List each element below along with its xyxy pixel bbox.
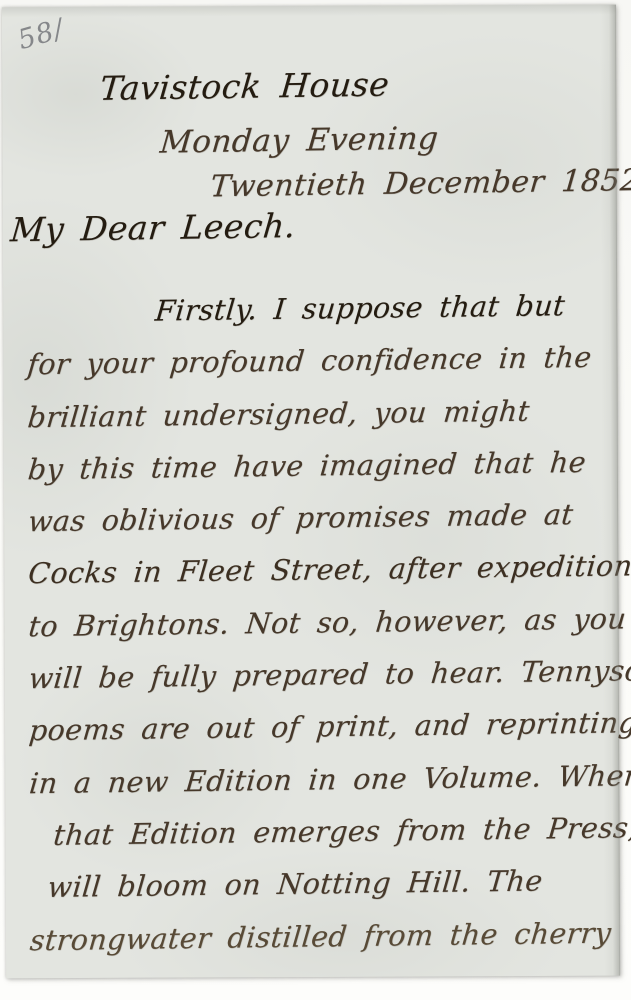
letter-body-line: that Edition emerges from the Press, it <box>27 803 608 863</box>
scan-background: 58/ Tavistock House Monday Evening Twent… <box>0 0 631 1000</box>
letter-body-line: Firstly. I suppose that but <box>25 280 606 340</box>
letter-body: Firstly. I suppose that butfor your prof… <box>27 285 606 967</box>
letter-body-line: will bloom on Notting Hill. The <box>27 855 608 915</box>
letter-page: 58/ Tavistock House Monday Evening Twent… <box>2 5 620 979</box>
folio-number: 58/ <box>15 13 68 56</box>
letter-body-line: Cocks in Fleet Street, after expeditions <box>26 541 607 601</box>
letter-body-line: by this time have imagined that he <box>25 437 606 497</box>
letter-body-line: strongwater distilled from the cherry <box>28 907 609 967</box>
letter-address: Tavistock House <box>98 65 391 108</box>
letter-date-line: Twentieth December 1852 <box>209 163 631 204</box>
letter-body-line: poems are out of print, and reprinting <box>27 698 608 758</box>
letter-body-line: to Brightons. Not so, however, as you <box>26 593 607 653</box>
letter-body-line: was oblivious of promises made at <box>26 489 607 549</box>
letter-body-line: will be fully prepared to hear. Tennyson… <box>26 646 607 706</box>
letter-body-line: brilliant undersigned, you might <box>25 384 606 444</box>
letter-body-line: for your profound confidence in the <box>25 332 606 392</box>
letter-day-line: Monday Evening <box>159 120 440 160</box>
letter-body-line: in a new Edition in one Volume. When <box>27 750 608 810</box>
letter-salutation: My Dear Leech. <box>9 206 298 249</box>
